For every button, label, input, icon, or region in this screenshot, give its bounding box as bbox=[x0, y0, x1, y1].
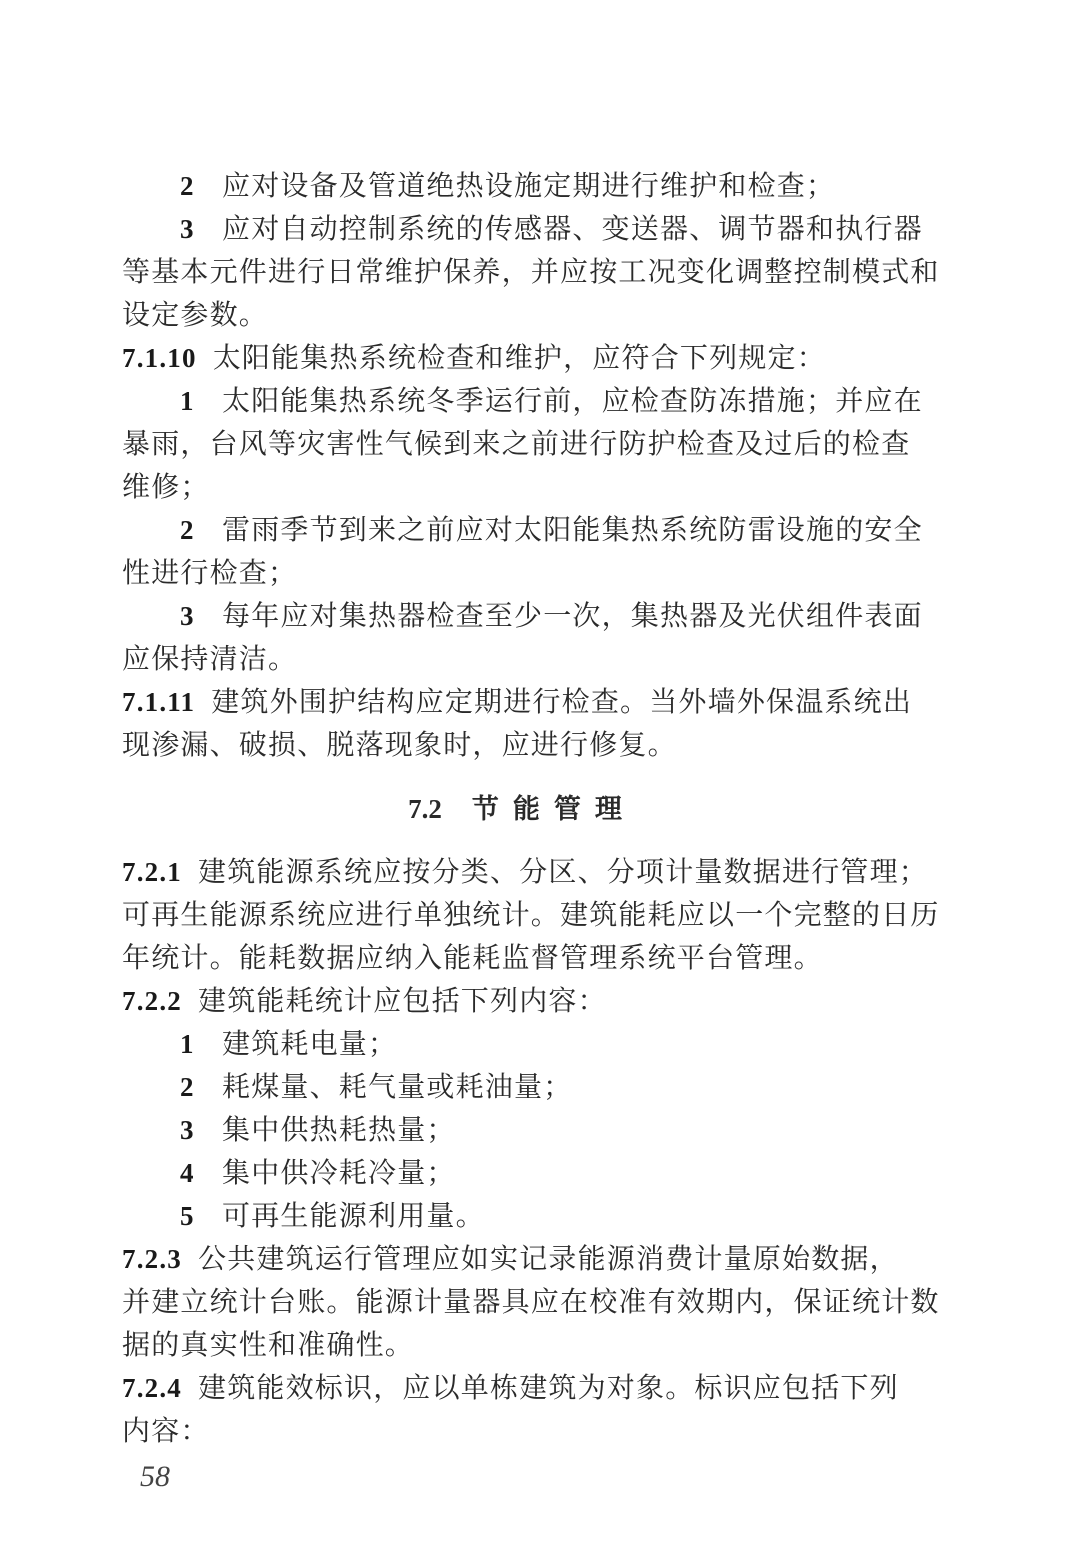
list-item: 4集中供冷耗冷量； bbox=[122, 1152, 456, 1194]
list-item: 1太阳能集热系统冬季运行前，应检查防冻措施；并应在 bbox=[122, 380, 923, 422]
text-line: 性进行检查； bbox=[122, 552, 297, 594]
text-line: 可再生能源系统应进行单独统计。建筑能耗应以一个完整的日历 bbox=[122, 894, 940, 936]
text-line: 据的真实性和准确性。 bbox=[122, 1324, 414, 1366]
clause: 7.1.10太阳能集热系统检查和维护，应符合下列规定： bbox=[122, 337, 826, 379]
clause: 7.1.11建筑外围护结构应定期进行检查。当外墙外保温系统出 bbox=[122, 681, 912, 723]
list-item: 3集中供热耗热量； bbox=[122, 1109, 456, 1151]
text-line: 并建立统计台账。能源计量器具应在校准有效期内，保证统计数 bbox=[122, 1281, 940, 1323]
list-item: 2雷雨季节到来之前应对太阳能集热系统防雷设施的安全 bbox=[122, 509, 923, 551]
list-item: 5可再生能源利用量。 bbox=[122, 1195, 485, 1237]
list-item: 3每年应对集热器检查至少一次，集热器及光伏组件表面 bbox=[122, 595, 923, 637]
list-item: 2耗煤量、耗气量或耗油量； bbox=[122, 1066, 572, 1108]
text-line: 维修； bbox=[122, 466, 210, 508]
clause: 7.2.2建筑能耗统计应包括下列内容： bbox=[122, 980, 607, 1022]
list-item: 1建筑耗电量； bbox=[122, 1023, 397, 1065]
section-heading: 7.2节能管理 bbox=[122, 787, 922, 826]
text-line: 应保持清洁。 bbox=[122, 638, 297, 680]
clause: 7.2.1建筑能源系统应按分类、分区、分项计量数据进行管理； bbox=[122, 851, 928, 893]
page-number: 58 bbox=[140, 1460, 170, 1494]
text-line: 现渗漏、破损、脱落现象时，应进行修复。 bbox=[122, 724, 677, 766]
list-item: 3应对自动控制系统的传感器、变送器、调节器和执行器 bbox=[122, 208, 923, 250]
clause: 7.2.4建筑能效标识，应以单栋建筑为对象。标识应包括下列 bbox=[122, 1367, 899, 1409]
text-line: 内容： bbox=[122, 1410, 210, 1452]
text-line: 暴雨，台风等灾害性气候到来之前进行防护检查及过后的检查 bbox=[122, 423, 910, 465]
text-line: 设定参数。 bbox=[122, 294, 268, 336]
clause: 7.2.3公共建筑运行管理应如实记录能源消费计量原始数据， bbox=[122, 1238, 899, 1280]
text-line: 等基本元件进行日常维护保养，并应按工况变化调整控制模式和 bbox=[122, 251, 940, 293]
list-item: 2应对设备及管道绝热设施定期进行维护和检查； bbox=[122, 165, 835, 207]
text-line: 年统计。能耗数据应纳入能耗监督管理系统平台管理。 bbox=[122, 937, 823, 979]
